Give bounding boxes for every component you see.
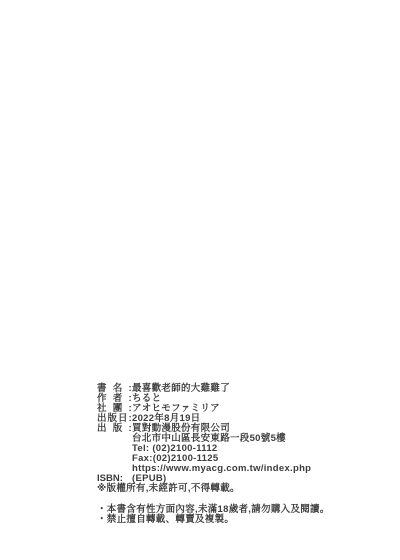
colophon-page: 書名:最喜歡老師的大雞雞了 作者:ちると 社團:アオヒモファミリア 出版日:20… bbox=[0, 0, 400, 560]
no-reproduction-warning: ・禁止擅自轉載、轉賣及複製。 bbox=[97, 515, 387, 525]
colophon-block: 書名:最喜歡老師的大雞雞了 作者:ちると 社團:アオヒモファミリア 出版日:20… bbox=[97, 384, 387, 525]
rights-note: ※版權所有,未經許可,不得轉載。 bbox=[97, 484, 387, 494]
publisher-label: 出版: bbox=[97, 424, 132, 434]
warnings-block: ・本書含有性方面內容,未滿18歲者,請勿購入及閱讀。 ・禁止擅自轉載、轉賣及複製… bbox=[97, 505, 387, 525]
